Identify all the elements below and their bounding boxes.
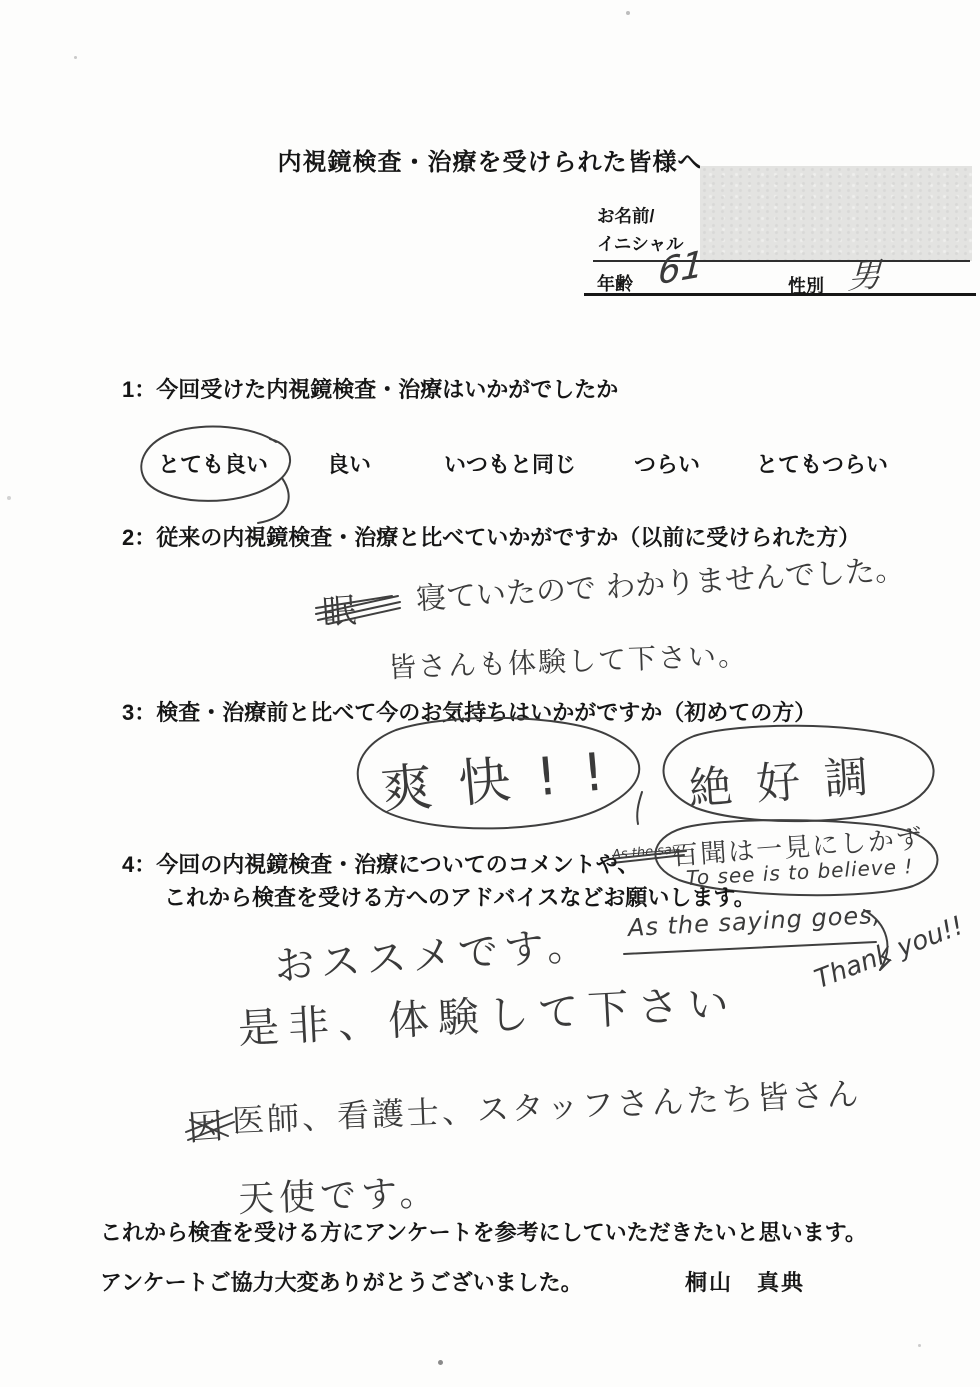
strikethrough-scribble (314, 588, 406, 632)
q4-answer-staff-line: 医師、看護士、スタッフさんたち皆さん (231, 1069, 862, 1142)
hand-drawn-circle (650, 720, 950, 830)
question-2-text: 2：従来の内視鏡検査・治療と比べていかがですか（以前に受けられた方） (122, 521, 860, 552)
q1-option-itsumo-to-onaji: いつもと同じ (444, 448, 576, 479)
footer-thanks: アンケートご協力大変ありがとうございました。 (100, 1266, 583, 1297)
q2-answer-line2: 皆さんも体験して下さい。 (387, 634, 748, 687)
hand-drawn-selection-circle (134, 420, 304, 530)
footer-note: これから検査を受ける方にアンケートを参考にしていただきたいと思います。 (100, 1216, 867, 1247)
name-redaction-box (700, 166, 972, 261)
name-label-line1: お名前/ (597, 202, 683, 230)
page-title: 内視鏡検査・治療を受けられた皆様へ (278, 142, 703, 177)
q2-answer-line1: 寝ていたので わかりませんでした。 (415, 544, 906, 618)
scan-speck (7, 496, 11, 500)
scan-speck (438, 1360, 443, 1365)
q1-option-tsurai: つらい (634, 448, 700, 479)
question-4-text-line1: 4：今回の内視鏡検査・治療についてのコメントや、 (122, 848, 639, 879)
name-field-underline (593, 260, 970, 262)
strikethrough-scribble (182, 1102, 238, 1150)
scanned-survey-page: 内視鏡検査・治療を受けられた皆様へ お名前/ イニシャル 年齢 61 性別 男 … (0, 0, 980, 1387)
header-underline (584, 293, 976, 296)
scan-speck (626, 11, 630, 15)
q1-option-yoi: 良い (327, 448, 371, 479)
question-1-text: 1：今回受けた内視鏡検査・治療はいかがでしたか (122, 373, 618, 404)
scan-speck (918, 1344, 921, 1347)
age-value-handwritten: 61 (657, 243, 705, 293)
gender-value-handwritten: 男 (847, 248, 882, 298)
question-4-text-line2: これから検査を受ける方へのアドバイスなどお願いします。 (164, 881, 756, 912)
q1-option-totemo-tsurai: とてもつらい (756, 448, 888, 479)
footer-signature: 桐山 真典 (685, 1266, 805, 1297)
q4-answer-tenshi: 天使です。 (237, 1164, 441, 1222)
scan-speck (74, 56, 77, 59)
hand-drawn-circle (342, 712, 652, 842)
